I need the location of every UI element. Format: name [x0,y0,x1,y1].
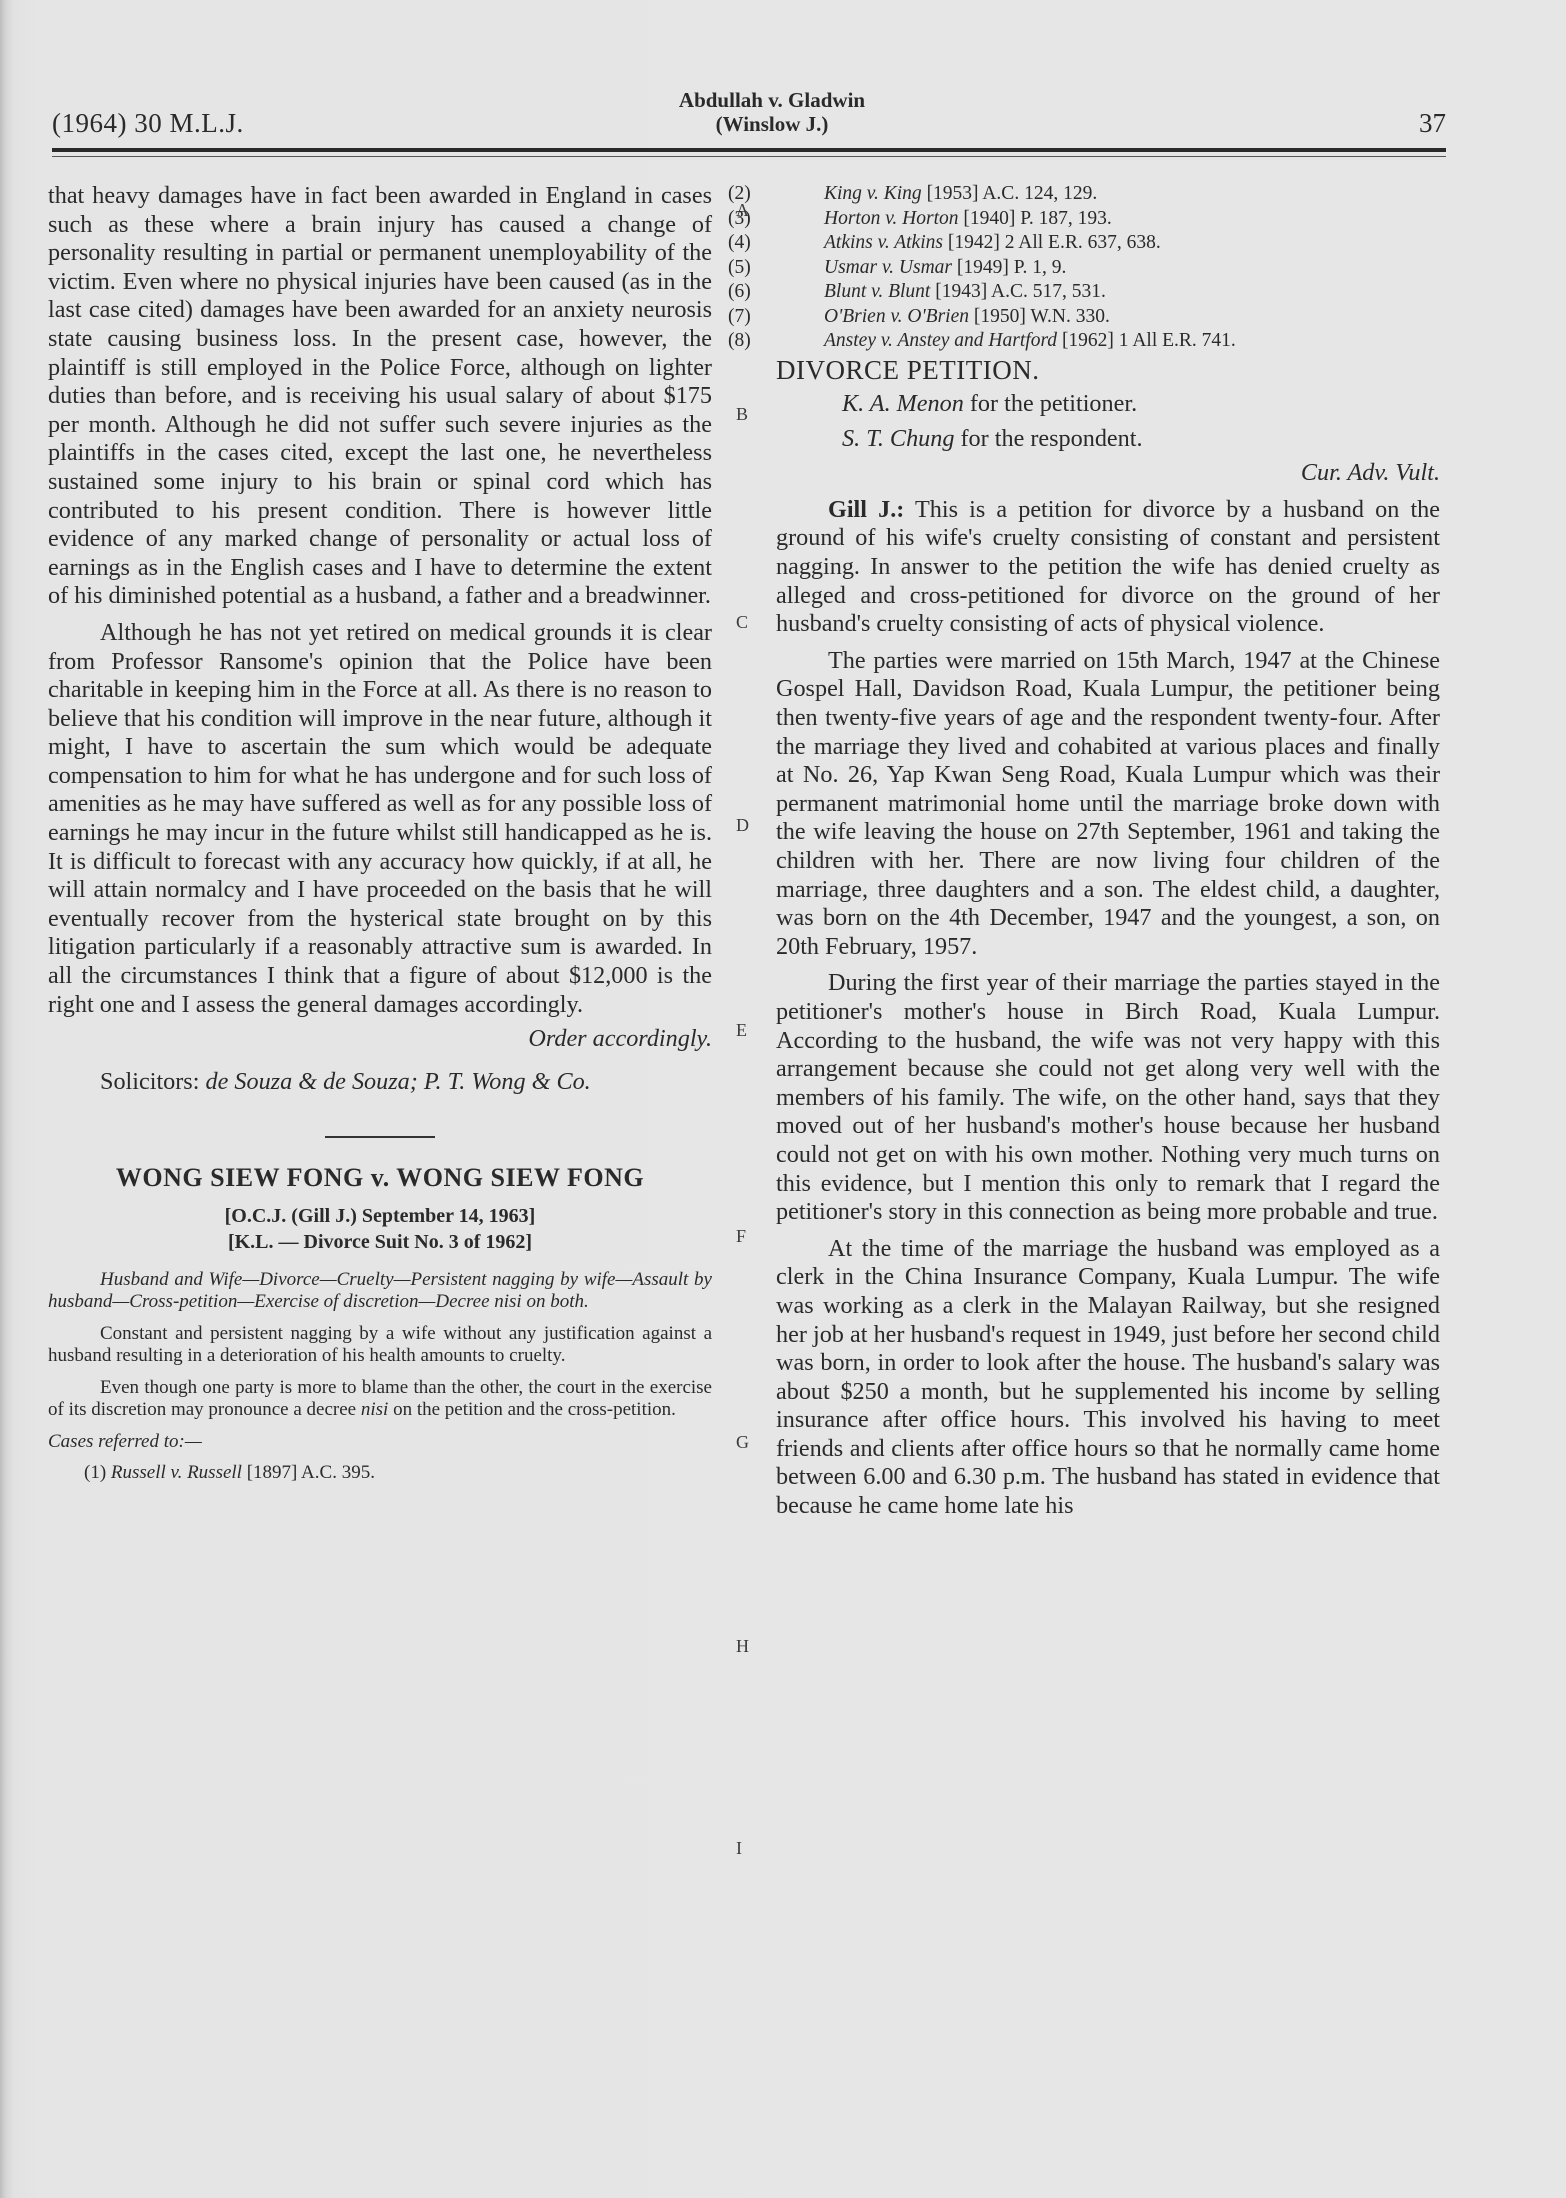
citation-ref: [1897] A.C. 395. [247,1462,375,1483]
case-citation: (6)Blunt v. Blunt [1943] A.C. 517, 531. [776,280,1440,305]
citation-number: (3) [776,207,824,232]
running-case-title: Abdullah v. Gladwin (Winslow J.) [612,88,932,136]
citation-number: (2) [776,182,824,207]
margin-letter-i: I [736,1838,742,1859]
solicitors-names: de Souza & de Souza; P. T. Wong & Co. [206,1068,591,1095]
citation-number: (8) [776,329,824,354]
citation-ref: [1942] 2 All E.R. 637, 638. [948,232,1161,253]
citation-name: Anstey v. Anstey and Hartford [824,330,1057,351]
counsel-role: for the petitioner. [964,390,1137,417]
citation-name: Blunt v. Blunt [824,281,930,302]
citation-ref: [1962] 1 All E.R. 741. [1062,330,1236,351]
judgment-paragraph: Although he has not yet retired on medic… [48,619,712,1019]
margin-letter-d: D [736,815,749,836]
judgment-paragraph: During the first year of their marriage … [776,969,1440,1226]
case-citation: (1) Russell v. Russell [1897] A.C. 395. [48,1461,712,1485]
judgment-paragraph: The parties were married on 15th March, … [776,647,1440,962]
margin-letter-c: C [736,612,748,633]
case-title: WONG SIEW FONG v. WONG SIEW FONG [48,1164,712,1193]
headnote-text: on the petition and the cross-petition. [388,1399,676,1420]
solicitors-label: Solicitors: [100,1068,199,1095]
headnote: Even though one party is more to blame t… [48,1377,712,1421]
running-judge: (Winslow J.) [612,112,932,136]
judge-label: Gill J.: [828,496,904,523]
counsel-respondent: S. T. Chung for the respondent. [776,425,1440,454]
report-citation: (1964) 30 M.L.J. [52,108,244,139]
citation-number: (1) [84,1462,106,1483]
solicitors-line: Solicitors: de Souza & de Souza; P. T. W… [48,1068,712,1097]
citation-name: O'Brien v. O'Brien [824,306,969,327]
citation-name: King v. King [824,183,922,204]
citation-ref: [1943] A.C. 517, 531. [935,281,1106,302]
citation-name: Atkins v. Atkins [824,232,943,253]
right-column: (2)King v. King [1953] A.C. 124, 129. (3… [776,182,1440,1521]
left-column: that heavy damages have in fact been awa… [48,182,712,1485]
margin-letter-g: G [736,1432,749,1453]
order-line: Order accordingly. [48,1025,712,1054]
court-line: [O.C.J. (Gill J.) September 14, 1963] [48,1203,712,1229]
headnote: Constant and persistent nagging by a wif… [48,1323,712,1367]
margin-letter-b: B [736,404,748,425]
citation-ref: [1949] P. 1, 9. [957,257,1066,278]
counsel-role: for the respondent. [954,425,1142,452]
citation-ref: [1950] W.N. 330. [974,306,1110,327]
counsel-petitioner: K. A. Menon for the petitioner. [776,390,1440,419]
case-citation: (2)King v. King [1953] A.C. 124, 129. [776,182,1440,207]
citation-number: (6) [776,280,824,305]
header-rule-thick [52,148,1446,152]
margin-letter-e: E [736,1020,747,1041]
cur-adv-vult: Cur. Adv. Vult. [776,459,1440,488]
citation-name: Russell v. Russell [111,1462,242,1483]
case-citation: (7)O'Brien v. O'Brien [1950] W.N. 330. [776,305,1440,330]
judgment-paragraph: that heavy damages have in fact been awa… [48,182,712,611]
case-citation: (8)Anstey v. Anstey and Hartford [1962] … [776,329,1440,354]
case-citation: (5)Usmar v. Usmar [1949] P. 1, 9. [776,256,1440,281]
section-title: DIVORCE PETITION. [776,356,1440,385]
citation-ref: [1953] A.C. 124, 129. [927,183,1098,204]
citation-name: Horton v. Horton [824,208,959,229]
running-header: (1964) 30 M.L.J. Abdullah v. Gladwin (Wi… [52,88,1446,140]
judgment-paragraph: Gill J.: This is a petition for divorce … [776,496,1440,639]
header-rule-thin [52,156,1446,157]
judgment-paragraph: At the time of the marriage the husband … [776,1235,1440,1521]
page-number: 37 [1419,108,1446,139]
counsel-name: S. T. Chung [842,425,954,452]
case-citation: (4)Atkins v. Atkins [1942] 2 All E.R. 63… [776,231,1440,256]
running-case-name: Abdullah v. Gladwin [612,88,932,112]
catchwords: Husband and Wife—Divorce—Cruelty—Persist… [48,1269,712,1313]
suit-line: [K.L. — Divorce Suit No. 3 of 1962] [48,1229,712,1255]
headnote-italic: nisi [361,1399,388,1420]
citation-number: (7) [776,305,824,330]
case-citation: (3)Horton v. Horton [1940] P. 187, 193. [776,207,1440,232]
citation-number: (5) [776,256,824,281]
citation-name: Usmar v. Usmar [824,257,952,278]
law-report-page: (1964) 30 M.L.J. Abdullah v. Gladwin (Wi… [0,0,1566,2198]
margin-letter-f: F [736,1226,746,1247]
cases-referred-header: Cases referred to:— [48,1431,712,1453]
citation-ref: [1940] P. 187, 193. [963,208,1111,229]
section-divider [325,1136,435,1138]
citation-number: (4) [776,231,824,256]
margin-letter-h: H [736,1636,749,1657]
counsel-name: K. A. Menon [842,390,964,417]
